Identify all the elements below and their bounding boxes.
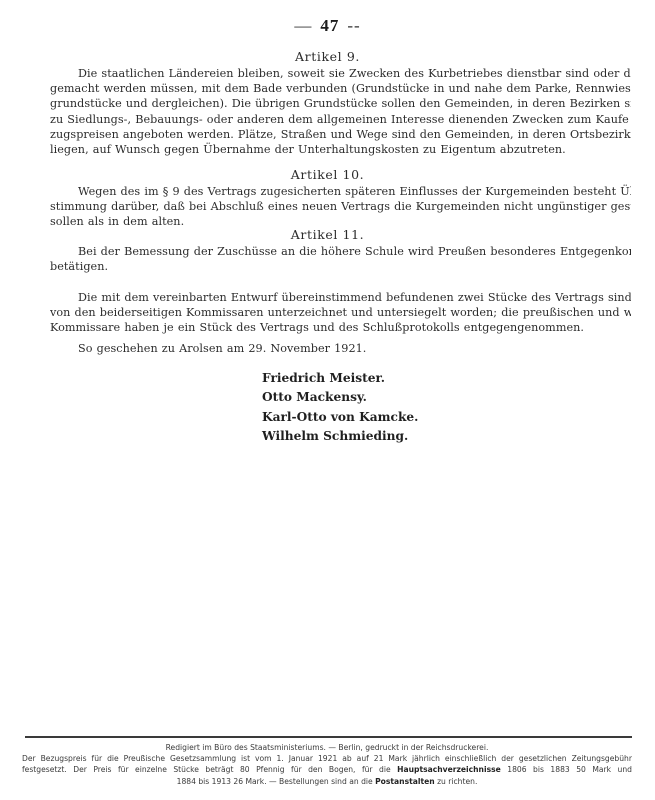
text-line: Bei der Bemessung der Zuschüsse an die h… [50, 244, 631, 259]
footer-price-line-2: festgesetzt. Der Preis für einzelne Stüc… [22, 764, 632, 775]
footer-text: 1884 bis 1913 26 Mark. — Bestellungen si… [177, 777, 373, 786]
page-number-value: 47 [320, 16, 339, 35]
article-10-heading: Artikel 10. [0, 167, 655, 182]
text-line: zu Siedlungs-, Bebauungs- oder anderen d… [50, 112, 631, 127]
text-line: Die mit dem vereinbarten Entwurf überein… [50, 290, 631, 305]
page-number-dash-right: -- [347, 16, 360, 35]
footer-text: zu richten. [437, 777, 477, 786]
signature: Wilhelm Schmieding. [262, 427, 418, 446]
text-line: liegen, auf Wunsch gegen Übernahme der U… [50, 142, 631, 157]
text-line: gemacht werden müssen, mit dem Bade verb… [50, 81, 631, 96]
footer-price-line-1: Der Bezugspreis für die Preußische Geset… [22, 753, 632, 764]
signature-block: Friedrich Meister. Otto Mackensy. Karl-O… [262, 369, 418, 447]
signature: Friedrich Meister. [262, 369, 418, 388]
article-11-heading: Artikel 11. [0, 227, 655, 242]
imprint-footer: Redigiert im Büro des Staatsministeriums… [22, 742, 632, 787]
closing-paragraph: Die mit dem vereinbarten Entwurf überein… [50, 290, 631, 336]
article-11-body: Bei der Bemessung der Zuschüsse an die h… [50, 244, 631, 274]
text-line: stimmung darüber, daß bei Abschluß eines… [50, 199, 631, 214]
footer-bold-term: Postanstalten [375, 777, 435, 786]
text-line: von den beiderseitigen Kommissaren unter… [50, 305, 631, 320]
footer-rule [25, 736, 632, 738]
footer-text: festgesetzt. Der Preis für einzelne Stüc… [22, 765, 391, 774]
text-line: zugspreisen angeboten werden. Plätze, St… [50, 127, 631, 142]
place-date-line: So geschehen zu Arolsen am 29. November … [50, 341, 631, 356]
text-line: betätigen. [50, 259, 631, 274]
article-9-body: Die staatlichen Ländereien bleiben, sowe… [50, 66, 631, 157]
place-date: So geschehen zu Arolsen am 29. November … [50, 341, 631, 356]
footer-text: 1806 bis 1883 50 Mark und [507, 765, 632, 774]
text-line: Kommissare haben je ein Stück des Vertra… [50, 320, 631, 335]
text-line: Die staatlichen Ländereien bleiben, sowe… [50, 66, 631, 81]
signature: Otto Mackensy. [262, 388, 418, 407]
signature: Karl-Otto von Kamcke. [262, 408, 418, 427]
text-line: Wegen des im § 9 des Vertrags zugesicher… [50, 184, 631, 199]
article-9-heading: Artikel 9. [0, 49, 655, 64]
text-line: grundstücke und dergleichen). Die übrige… [50, 96, 631, 111]
page-number-dash-left: — [294, 16, 312, 35]
article-10-body: Wegen des im § 9 des Vertrags zugesicher… [50, 184, 631, 230]
footer-editorial: Redigiert im Büro des Staatsministeriums… [22, 742, 632, 753]
footer-bold-term: Hauptsachverzeichnisse [397, 765, 501, 774]
page-number: —47-- [0, 16, 655, 36]
footer-price-line-3: 1884 bis 1913 26 Mark. — Bestellungen si… [22, 776, 632, 787]
